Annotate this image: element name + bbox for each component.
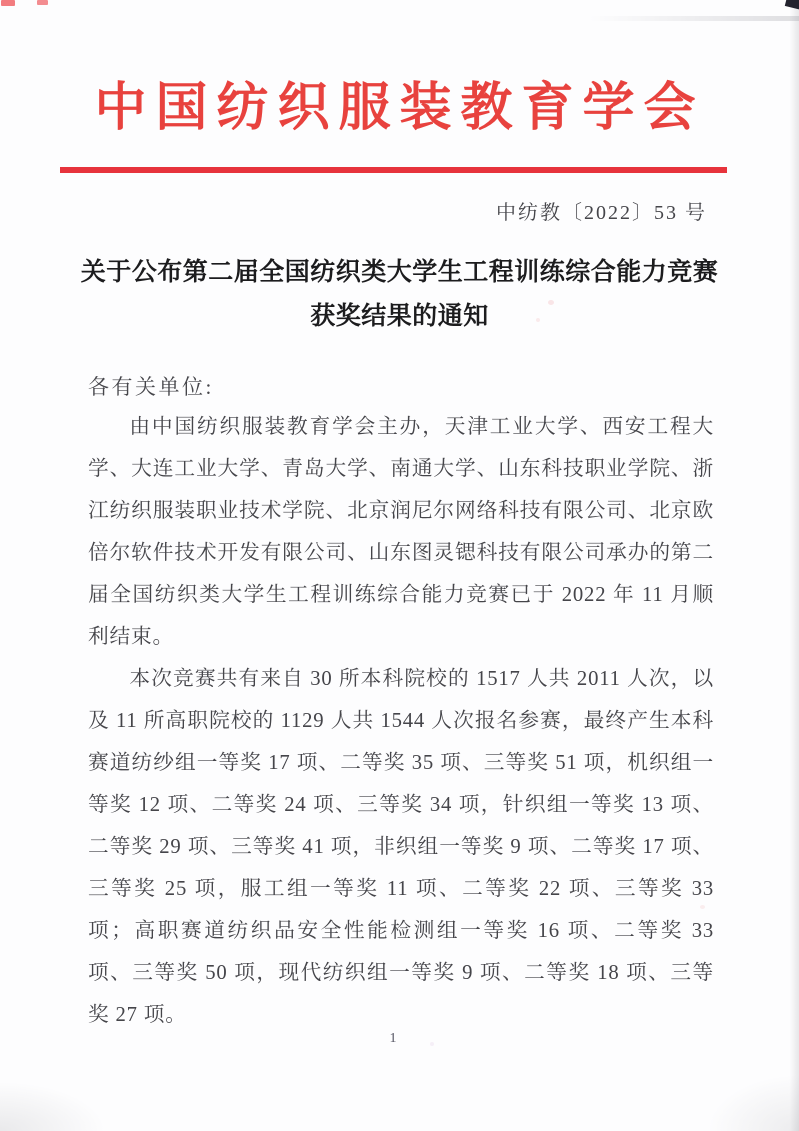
paragraph-results: 本次竞赛共有来自 30 所本科院校的 1517 人共 2011 人次，以及 11… (88, 658, 714, 1036)
document-page: 中国纺织服装教育学会 中纺教〔2022〕53 号 关于公布第二届全国纺织类大学生… (0, 0, 799, 1131)
scan-streak-artifact (589, 16, 799, 21)
document-number: 中纺教〔2022〕53 号 (496, 196, 707, 225)
letterhead-divider (60, 167, 727, 173)
notice-title-line2: 获奖结果的通知 (0, 295, 799, 339)
letterhead-title: 中国纺织服装教育学会 (0, 78, 799, 140)
notice-title: 关于公布第二届全国纺织类大学生工程训练综合能力竞赛 获奖结果的通知 (0, 251, 799, 339)
salutation: 各有关单位: (88, 371, 214, 401)
scan-red-mark-icon (37, 0, 48, 5)
notice-title-line1: 关于公布第二届全国纺织类大学生工程训练综合能力竞赛 (0, 251, 799, 295)
body-text: 由中国纺织服装教育学会主办，天津工业大学、西安工程大学、大连工业大学、青岛大学、… (88, 406, 714, 1036)
scan-corner-artifact (785, 0, 799, 10)
scan-red-mark-icon (1, 0, 15, 6)
page-number: 1 (0, 1031, 786, 1047)
paragraph-organizers: 由中国纺织服装教育学会主办，天津工业大学、西安工程大学、大连工业大学、青岛大学、… (88, 406, 714, 658)
